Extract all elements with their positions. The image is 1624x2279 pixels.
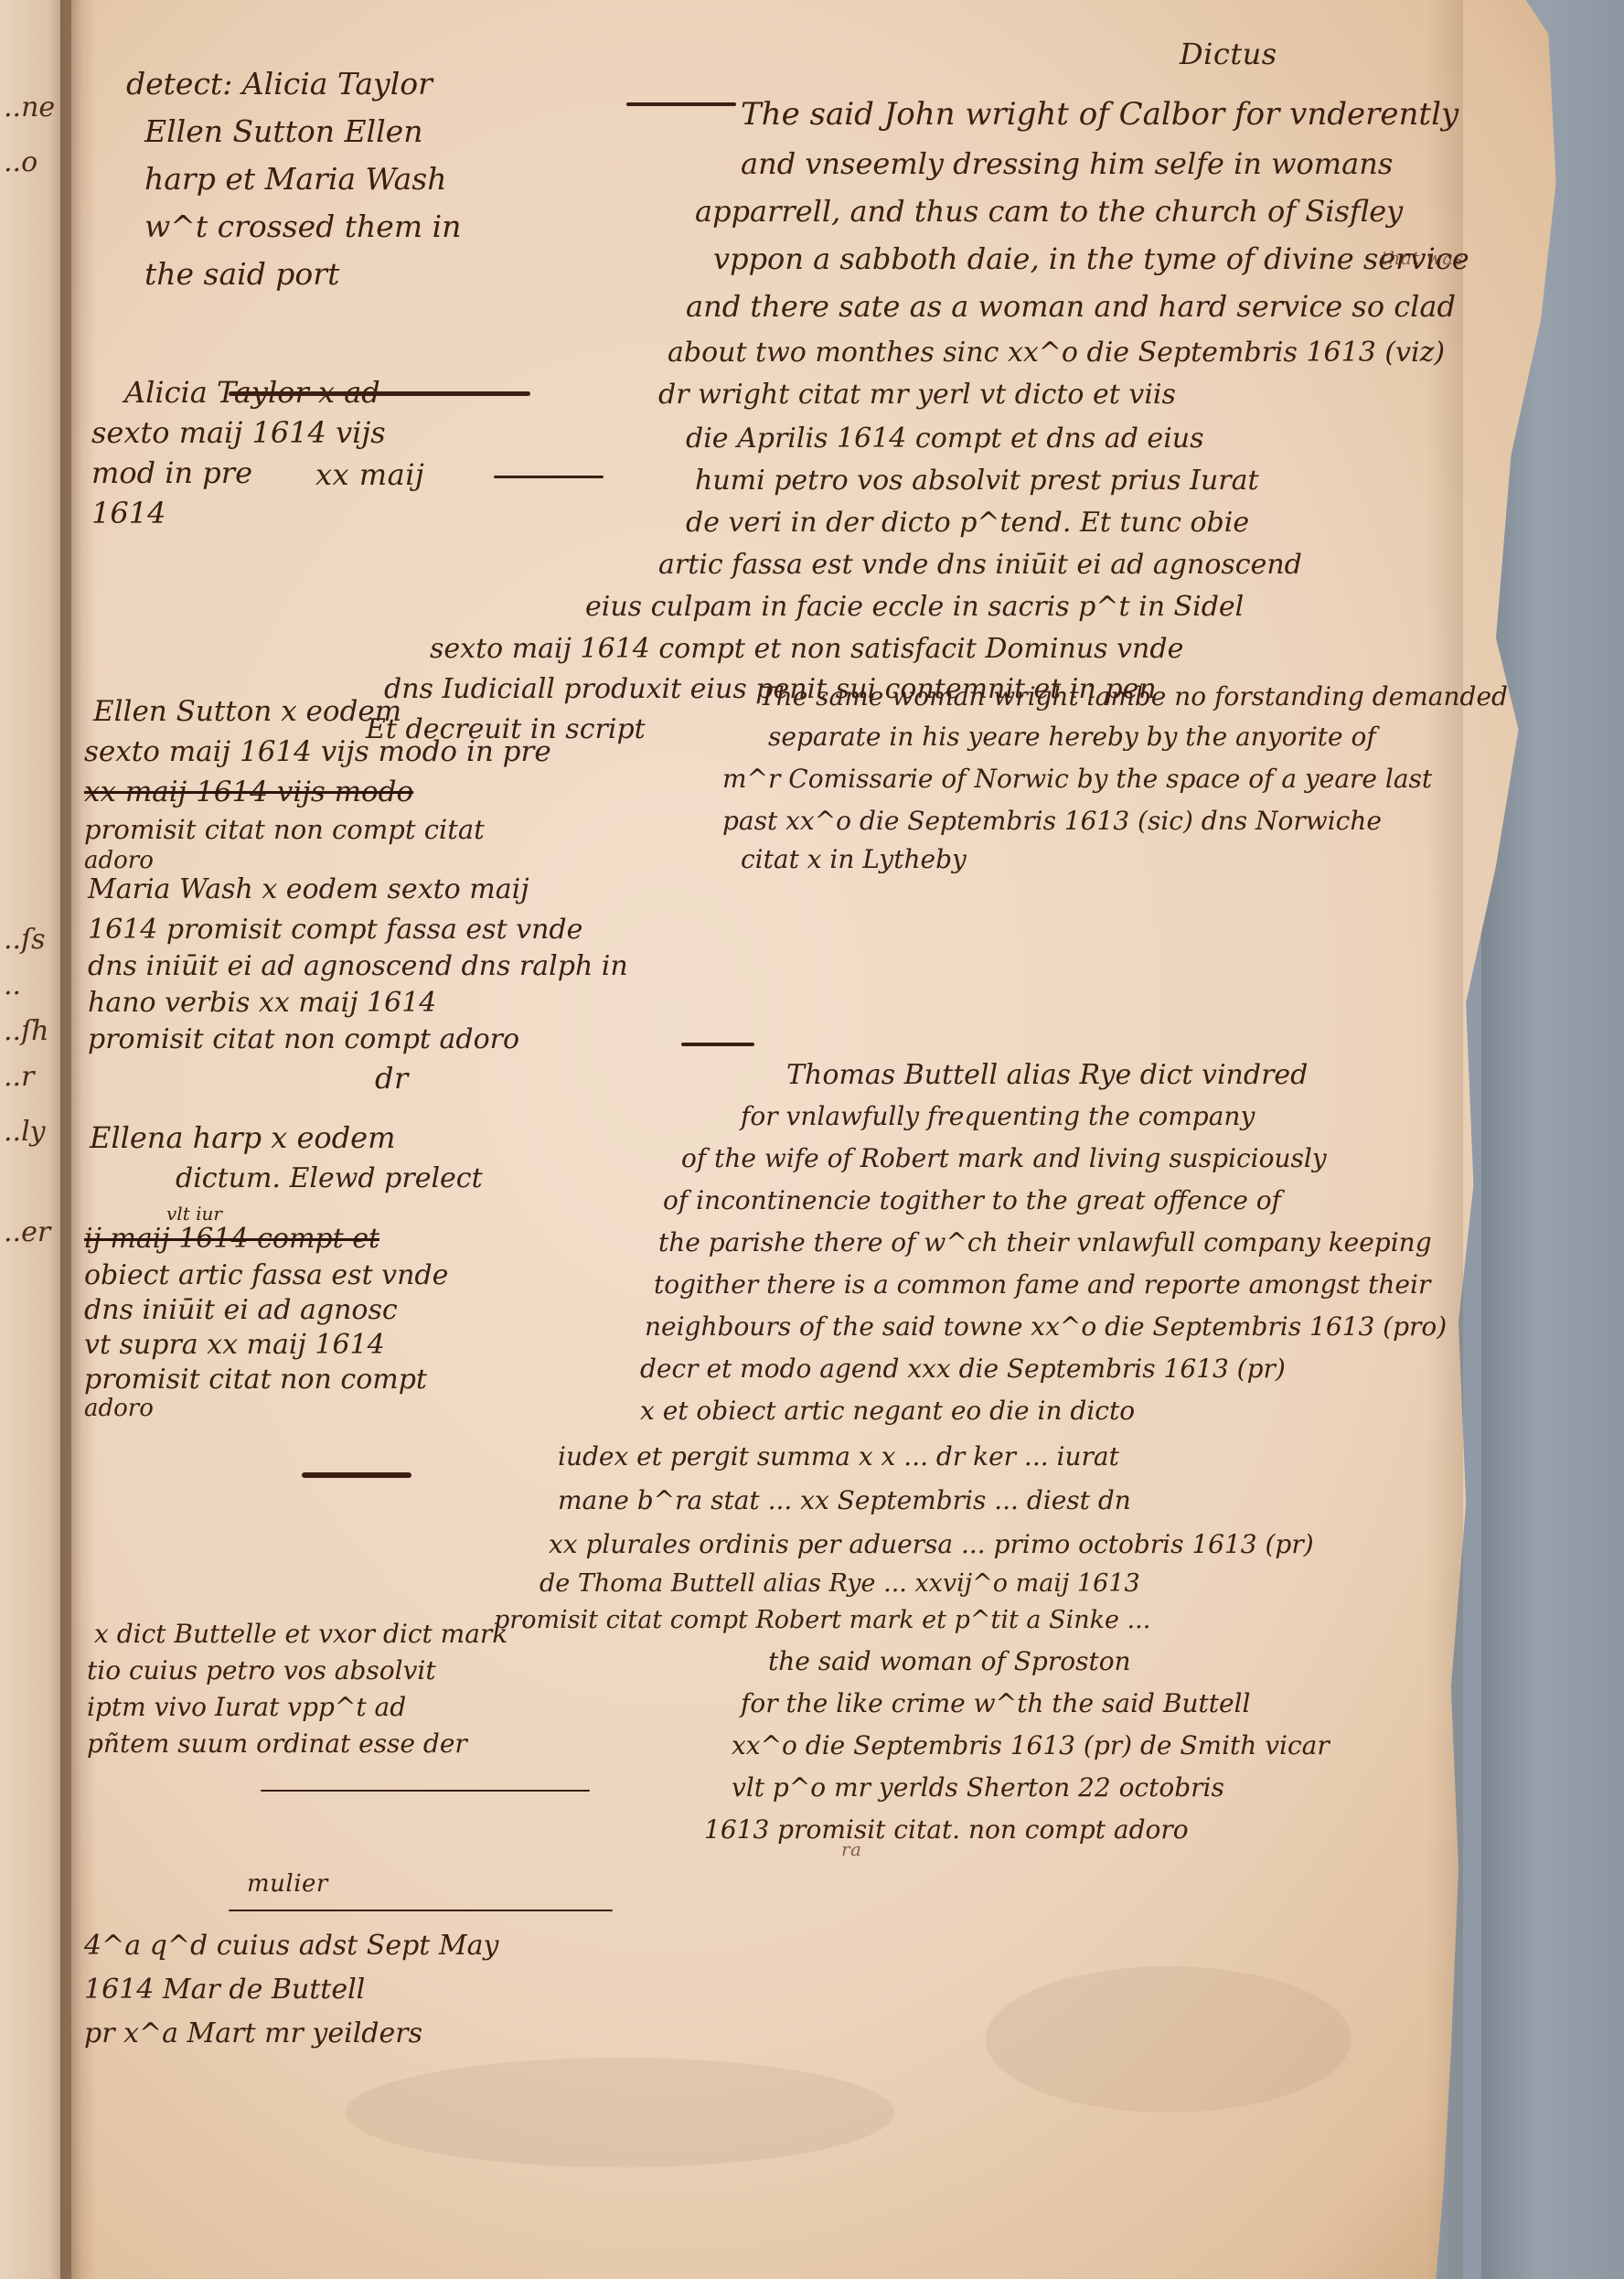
margin-line: x dict Buttelle et vxor dict mark bbox=[87, 1619, 507, 1655]
facing-fragment: ..ſs bbox=[4, 924, 46, 956]
margin-line: vt supra xx maij 1614 bbox=[84, 1329, 483, 1364]
margin-line: 1614 bbox=[91, 496, 386, 536]
text-line: dr wright citat mr yerl vt dicto et viis bbox=[658, 379, 1469, 423]
margin-line: adoro bbox=[84, 1395, 483, 1426]
margin-line: pñtem suum ordinat esse der bbox=[87, 1728, 507, 1765]
margin-entry-maria-wash: Maria Wash x eodem sexto maij 1614 promi… bbox=[88, 873, 628, 1060]
margin-line: tio cuius petro vos absolvit bbox=[87, 1655, 507, 1692]
margin-line-struck: xx maij 1614 vijs modo bbox=[84, 776, 551, 814]
text-line: iudex et pergit summa x x ... dr ker ...… bbox=[558, 1441, 1447, 1485]
text-line: promisit citat compt Robert mark et p^ti… bbox=[494, 1606, 1447, 1642]
text-line: artic fassa est vnde dns iniūit ei ad ag… bbox=[658, 549, 1469, 591]
text-line: and there sate as a woman and hard servi… bbox=[658, 289, 1469, 337]
margin-line: pr x^a Mart mr yeilders bbox=[84, 2017, 498, 2061]
text-line: togither there is a common fame and repo… bbox=[654, 1269, 1447, 1311]
text-line: neighbours of the said towne xx^o die Se… bbox=[645, 1311, 1447, 1353]
text-line: and vnseemly dressing him selfe in woman… bbox=[658, 146, 1469, 194]
margin-line: the said port bbox=[126, 256, 461, 304]
margin-entry-ellena-harp: Ellena harp x eodem dictum. Elewd prelec… bbox=[84, 1120, 483, 1426]
margin-line: dns iniūit ei ad agnosc bbox=[84, 1294, 483, 1329]
underline-rule bbox=[229, 1910, 613, 1911]
text-line: xx plurales ordinis per aduersa ... prim… bbox=[549, 1529, 1447, 1569]
text-line: de Thoma Buttell alias Rye ... xxvij^o m… bbox=[540, 1569, 1447, 1606]
text-line: apparrell, and thus cam to the church of… bbox=[658, 194, 1469, 241]
facing-fragment: ..o bbox=[4, 146, 37, 178]
margin-line: w^t crossed them in bbox=[126, 209, 461, 256]
margin-line: detect: Alicia Taylor bbox=[126, 66, 461, 113]
margin-line: Ellen Sutton Ellen bbox=[126, 113, 461, 161]
text-line: for vnlawfully frequenting the company bbox=[713, 1101, 1447, 1143]
text-line: m^r Comissarie of Norwic by the space of… bbox=[722, 764, 1508, 806]
text-line: vppon a sabboth daie, in the tyme of div… bbox=[658, 241, 1469, 289]
margin-line: sexto maij 1614 vijs bbox=[91, 415, 386, 455]
text-note: ra bbox=[841, 1838, 861, 1860]
text-line: the said woman of Sproston bbox=[732, 1646, 1330, 1688]
text-line: sexto maij 1614 compt et non satisfacit … bbox=[430, 633, 1469, 673]
dash-mark bbox=[302, 1472, 411, 1478]
connector-rule bbox=[494, 476, 604, 478]
text-line: xx^o die Septembris 1613 (pr) de Smith v… bbox=[732, 1730, 1330, 1772]
margin-line: dictum. Elewd prelect bbox=[84, 1162, 483, 1203]
text-line: The same woman wright lambe no forstandi… bbox=[759, 681, 1508, 722]
margin-line-struck: ij maij 1614 compt et bbox=[84, 1223, 483, 1259]
facing-fragment: ..ly bbox=[4, 1116, 46, 1148]
facing-fragment: ..r bbox=[4, 1061, 34, 1093]
margin-heading-mulier: mulier bbox=[247, 1870, 328, 1898]
running-head: Dictus bbox=[1180, 37, 1277, 71]
facing-fragment: ..er bbox=[4, 1216, 50, 1248]
underline-rule bbox=[229, 391, 530, 396]
margin-line: 4^a q^d cuius adst Sept May bbox=[84, 1930, 498, 1974]
text-line: past xx^o die Septembris 1613 (sic) dns … bbox=[722, 806, 1508, 844]
margin-superscript: vlt iur bbox=[84, 1203, 483, 1223]
margin-line: iptm vivo Iurat vpp^t ad bbox=[87, 1692, 507, 1728]
margin-line: Maria Wash x eodem sexto maij bbox=[88, 873, 628, 914]
text-line: separate in his yeare hereby by the anyo… bbox=[759, 722, 1508, 764]
margin-line: hano verbis xx maij 1614 bbox=[88, 987, 628, 1023]
text-line: vlt p^o mr yerlds Sherton 22 octobris bbox=[732, 1772, 1330, 1814]
margin-line: 1614 Mar de Buttell bbox=[84, 1974, 498, 2017]
text-line: the parishe there of w^ch their vnlawful… bbox=[658, 1227, 1447, 1269]
text-line: of the wife of Robert mark and living su… bbox=[681, 1143, 1447, 1185]
paper-stain bbox=[346, 2058, 894, 2167]
text-line: mane b^ra stat ... xx Septembris ... die… bbox=[558, 1485, 1447, 1529]
margin-entry-alicia-taylor: Alicia Taylor x ad sexto maij 1614 vijs … bbox=[91, 375, 386, 536]
text-line: die Aprilis 1614 compt et dns ad eius bbox=[658, 423, 1469, 465]
margin-entry-buttell-absolution: x dict Buttelle et vxor dict mark tio cu… bbox=[87, 1619, 507, 1765]
margin-line: dns iniūit ei ad agnoscend dns ralph in bbox=[88, 950, 628, 987]
text-line: citat x in Lytheby bbox=[741, 844, 1508, 883]
facing-fragment: ..ne bbox=[4, 91, 55, 123]
margin-line: Ellena harp x eodem bbox=[84, 1120, 483, 1162]
text-line: x et obiect artic negant eo die in dicto bbox=[640, 1396, 1447, 1441]
text-line: about two monthes sinc xx^o die Septembr… bbox=[658, 337, 1469, 379]
margin-line: obiect artic fassa est vnde bbox=[84, 1259, 483, 1294]
main-paragraph-lambe: The same woman wright lambe no forstandi… bbox=[759, 681, 1508, 883]
margin-entry-mulier: 4^a q^d cuius adst Sept May 1614 Mar de … bbox=[84, 1930, 498, 2061]
main-paragraph-thomas-buttell: Thomas Buttell alias Rye dict vindred fo… bbox=[713, 1059, 1447, 1642]
margin-line: harp et Maria Wash bbox=[126, 161, 461, 209]
main-paragraph-john-wright: The said John wright of Calbor for vnder… bbox=[658, 96, 1469, 754]
text-line: for the like crime w^th the said Buttell bbox=[732, 1688, 1330, 1730]
text-line: The said John wright of Calbor for vnder… bbox=[658, 96, 1469, 146]
margin-entry-detected: detect: Alicia Taylor Ellen Sutton Ellen… bbox=[126, 66, 461, 304]
facing-fragment: ..ſh bbox=[4, 1015, 49, 1047]
text-line: of incontinencie togither to the great o… bbox=[663, 1185, 1447, 1227]
margin-line: promisit citat non compt citat bbox=[84, 814, 551, 847]
main-paragraph-sproston-woman: the said woman of Sproston for the like … bbox=[732, 1646, 1330, 1851]
underline-rule bbox=[261, 1790, 590, 1792]
text-line: decr et modo agend xxx die Septembris 16… bbox=[640, 1353, 1447, 1396]
text-line: humi petro vos absolvit prest prius Iura… bbox=[658, 465, 1469, 507]
margin-date-xx-maij: xx maij bbox=[315, 457, 424, 492]
margin-mark: dr bbox=[375, 1061, 409, 1096]
margin-line: promisit citat non compt adoro bbox=[88, 1023, 628, 1060]
text-line: 1613 promisit citat. non compt adoro bbox=[704, 1814, 1330, 1851]
paragraph-mark bbox=[681, 1043, 754, 1046]
margin-line: promisit citat non compt bbox=[84, 1364, 483, 1395]
margin-line: 1614 promisit compt fassa est vnde bbox=[88, 914, 628, 950]
text-line: eius culpam in facie eccle in sacris p^t… bbox=[585, 591, 1469, 633]
text-line: de veri in der dicto p^tend. Et tunc obi… bbox=[658, 507, 1469, 549]
facing-fragment: .. bbox=[4, 969, 21, 1001]
text-line: Thomas Buttell alias Rye dict vindred bbox=[713, 1059, 1447, 1101]
paper-stain bbox=[986, 1966, 1352, 2113]
